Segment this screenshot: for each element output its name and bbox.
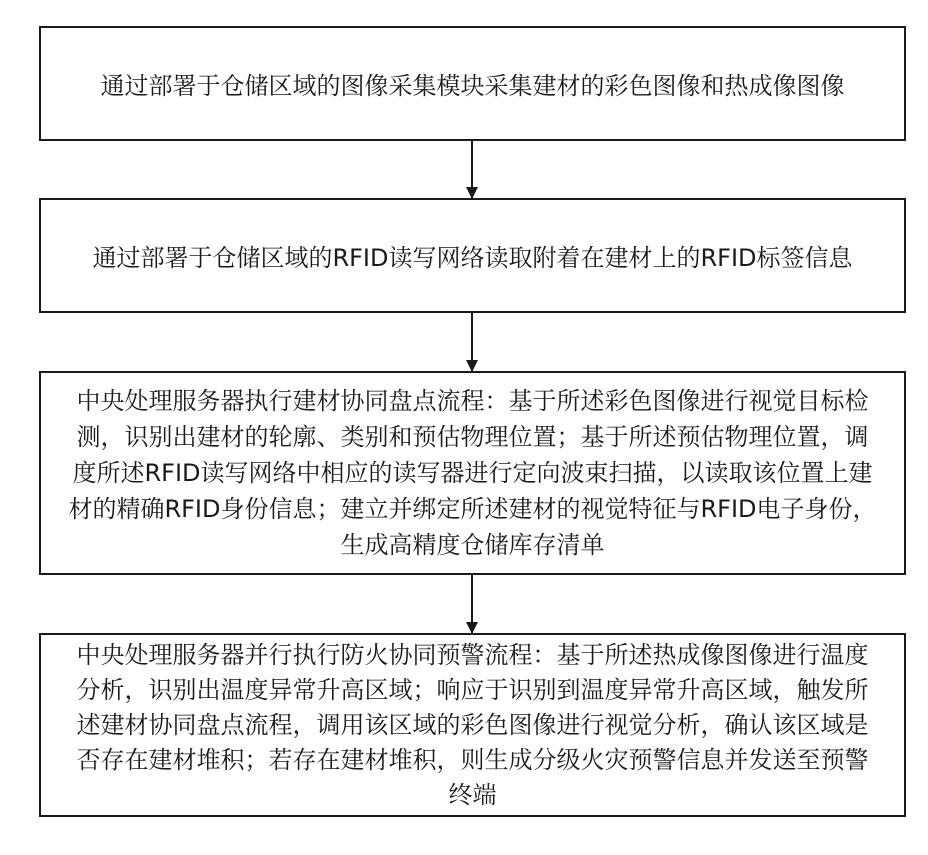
step-text: 中央处理服务器执行建材协同盘点流程：基于所述彩色图像进行视觉目标检测，识别出建材…: [67, 383, 878, 563]
step-box-fire-warning-process: 中央处理服务器并行执行防火协同预警流程：基于所述热成像图像进行温度分析，识别出温…: [39, 633, 906, 817]
step-box-rfid-reading: 通过部署于仓储区域的RFID读写网络读取附着在建材上的RFID标签信息: [39, 198, 906, 313]
step-box-inventory-process: 中央处理服务器执行建材协同盘点流程：基于所述彩色图像进行视觉目标检测，识别出建材…: [39, 371, 906, 575]
arrow-down-icon: [471, 141, 473, 198]
arrow-down-icon: [471, 575, 473, 633]
step-box-image-acquisition: 通过部署于仓储区域的图像采集模块采集建材的彩色图像和热成像图像: [39, 26, 906, 141]
step-text: 通过部署于仓储区域的RFID读写网络读取附着在建材上的RFID标签信息: [92, 238, 852, 273]
arrow-down-icon: [471, 313, 473, 371]
step-text: 中央处理服务器并行执行防火协同预警流程：基于所述热成像图像进行温度分析，识别出温…: [67, 638, 878, 813]
step-text: 通过部署于仓储区域的图像采集模块采集建材的彩色图像和热成像图像: [101, 66, 845, 101]
